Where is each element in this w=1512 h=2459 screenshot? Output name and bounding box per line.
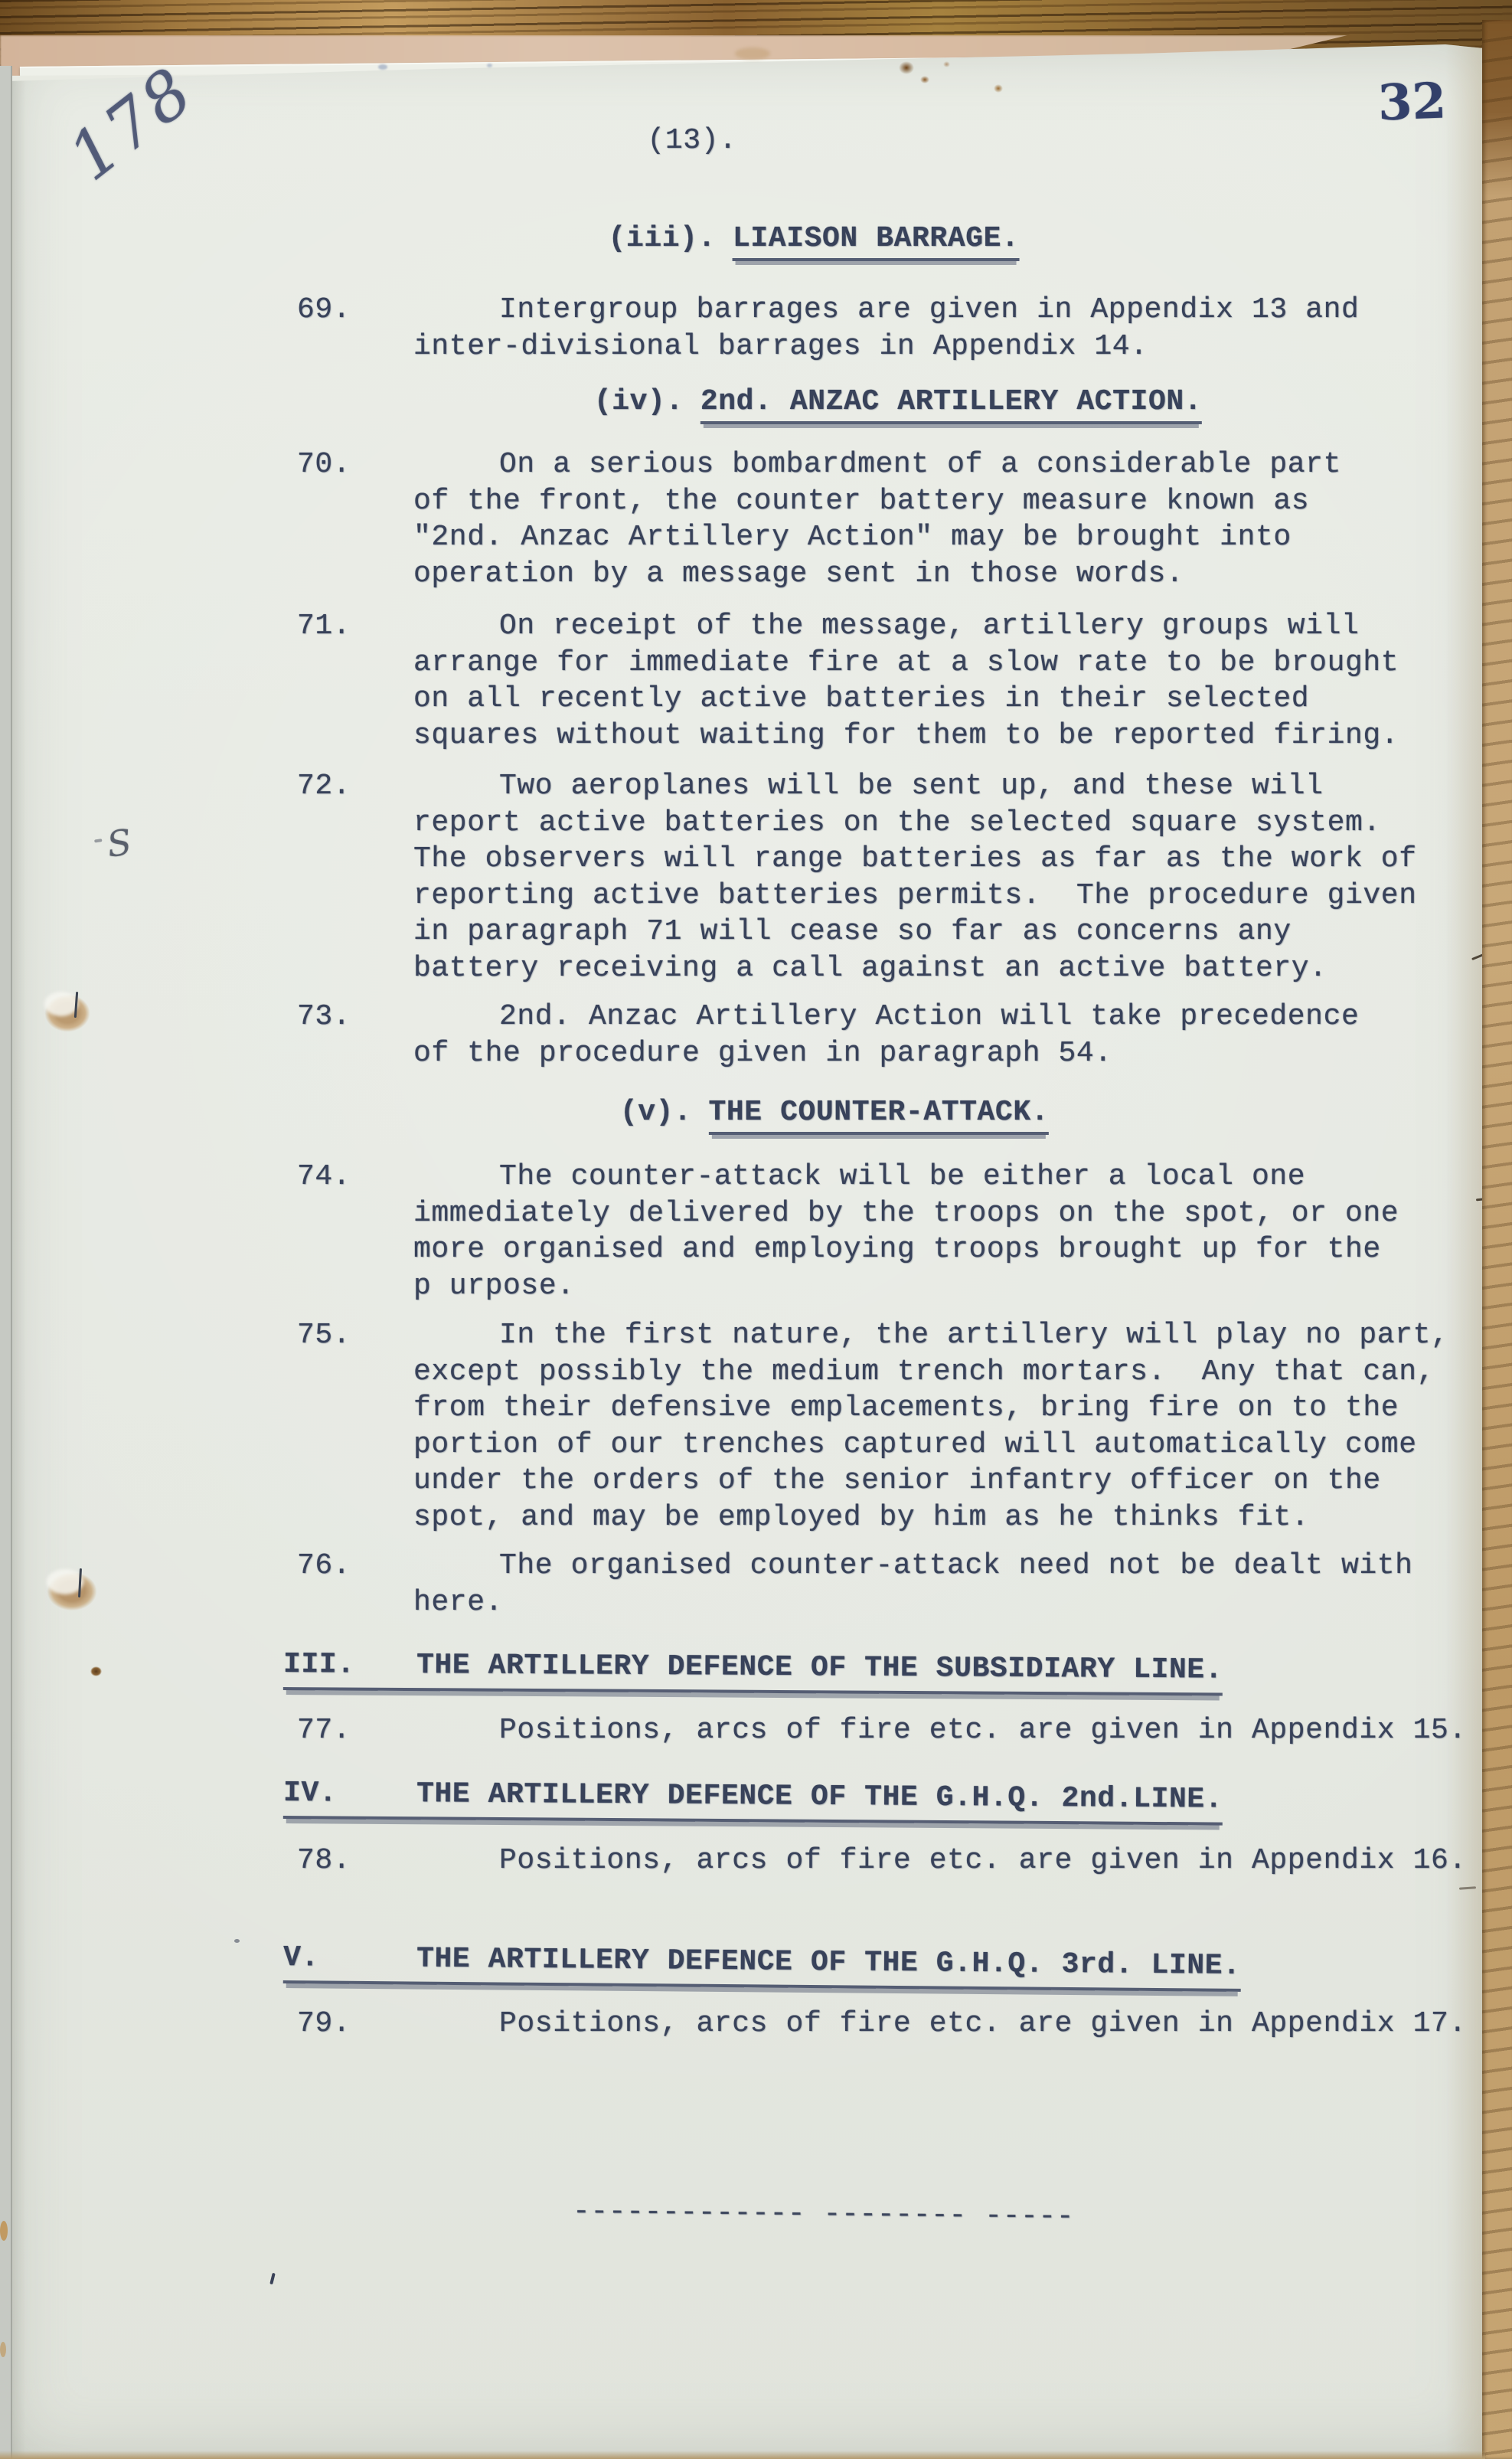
paragraph-text: The organised counter-attack need not be… — [413, 1548, 1501, 1620]
paragraph-number: 78. — [297, 1843, 351, 1879]
paragraph-text: The counter-attack will be either a loca… — [413, 1159, 1501, 1304]
heading-counter-attack: (v).THE COUNTER-ATTACK. — [620, 1094, 1049, 1131]
heading-anzac-artillery-action: (iv).2nd. ANZAC ARTILLERY ACTION. — [594, 384, 1202, 420]
section-roman-numeral: V. — [283, 1940, 416, 1977]
binder-edge-strip — [1482, 20, 1512, 2459]
paragraph-number: 75. — [297, 1317, 351, 1354]
heading-prefix: (iii). — [609, 222, 716, 255]
paragraph-number: 76. — [297, 1548, 351, 1584]
section-title: THE ARTILLERY DEFENCE OF THE G.H.Q. 3rd.… — [416, 1943, 1241, 1983]
heading-ghq-2nd-line: IV.THE ARTILLERY DEFENCE OF THE G.H.Q. 2… — [283, 1775, 1223, 1825]
heading-title: LIAISON BARRAGE. — [733, 222, 1019, 261]
heading-prefix: (iv). — [594, 385, 684, 418]
paragraph-text: On a serious bombardment of a considerab… — [413, 446, 1501, 592]
section-roman-numeral: IV. — [283, 1775, 416, 1813]
paragraph-text: In the first nature, the artillery will … — [413, 1317, 1501, 1535]
paragraph-number: 79. — [297, 2006, 351, 2042]
paragraph-number: 72. — [297, 768, 351, 805]
paragraph-number: 74. — [297, 1159, 351, 1195]
heading-title: 2nd. ANZAC ARTILLERY ACTION. — [700, 385, 1202, 424]
paragraph-number: 77. — [297, 1712, 351, 1749]
paragraph-number: 73. — [297, 999, 351, 1035]
paragraph-number: 69. — [297, 292, 351, 329]
page-bottom-edge — [0, 2451, 1485, 2459]
section-roman-numeral: III. — [283, 1646, 416, 1684]
scanned-document-page: 178 32 S (13). (iii).LIAISON BARRAGE. 69… — [0, 0, 1512, 2459]
paragraph-text: On receipt of the message, artillery gro… — [413, 608, 1501, 754]
paragraph-number: 71. — [297, 608, 351, 645]
paragraph-text: Positions, arcs of fire etc. are given i… — [413, 1843, 1501, 1879]
paragraph-text: 2nd. Anzac Artillery Action will take pr… — [413, 999, 1501, 1071]
heading-liaison-barrage: (iii).LIAISON BARRAGE. — [609, 221, 1020, 257]
paragraph-text: Positions, arcs of fire etc. are given i… — [413, 2006, 1501, 2042]
page-header: (13). — [647, 123, 736, 159]
paragraph-text: Positions, arcs of fire etc. are given i… — [413, 1712, 1501, 1749]
heading-subsidiary-line: III.THE ARTILLERY DEFENCE OF THE SUBSIDI… — [283, 1646, 1223, 1695]
heading-title: THE COUNTER-ATTACK. — [708, 1096, 1049, 1135]
section-title: THE ARTILLERY DEFENCE OF THE SUBSIDIARY … — [416, 1649, 1223, 1686]
paragraph-text: Intergroup barrages are given in Appendi… — [413, 292, 1501, 365]
heading-ghq-3rd-line: V.THE ARTILLERY DEFENCE OF THE G.H.Q. 3r… — [283, 1940, 1241, 1991]
heading-prefix: (v). — [620, 1096, 692, 1129]
typed-separator-line: ------------- -------- ----- — [573, 2194, 1075, 2235]
paragraph-number: 70. — [297, 446, 351, 483]
typewritten-text-layer: (13). (iii).LIAISON BARRAGE. 69. Intergr… — [0, 0, 1512, 2459]
section-title: THE ARTILLERY DEFENCE OF THE G.H.Q. 2nd.… — [416, 1777, 1223, 1816]
paragraph-text: Two aeroplanes will be sent up, and thes… — [413, 768, 1501, 986]
